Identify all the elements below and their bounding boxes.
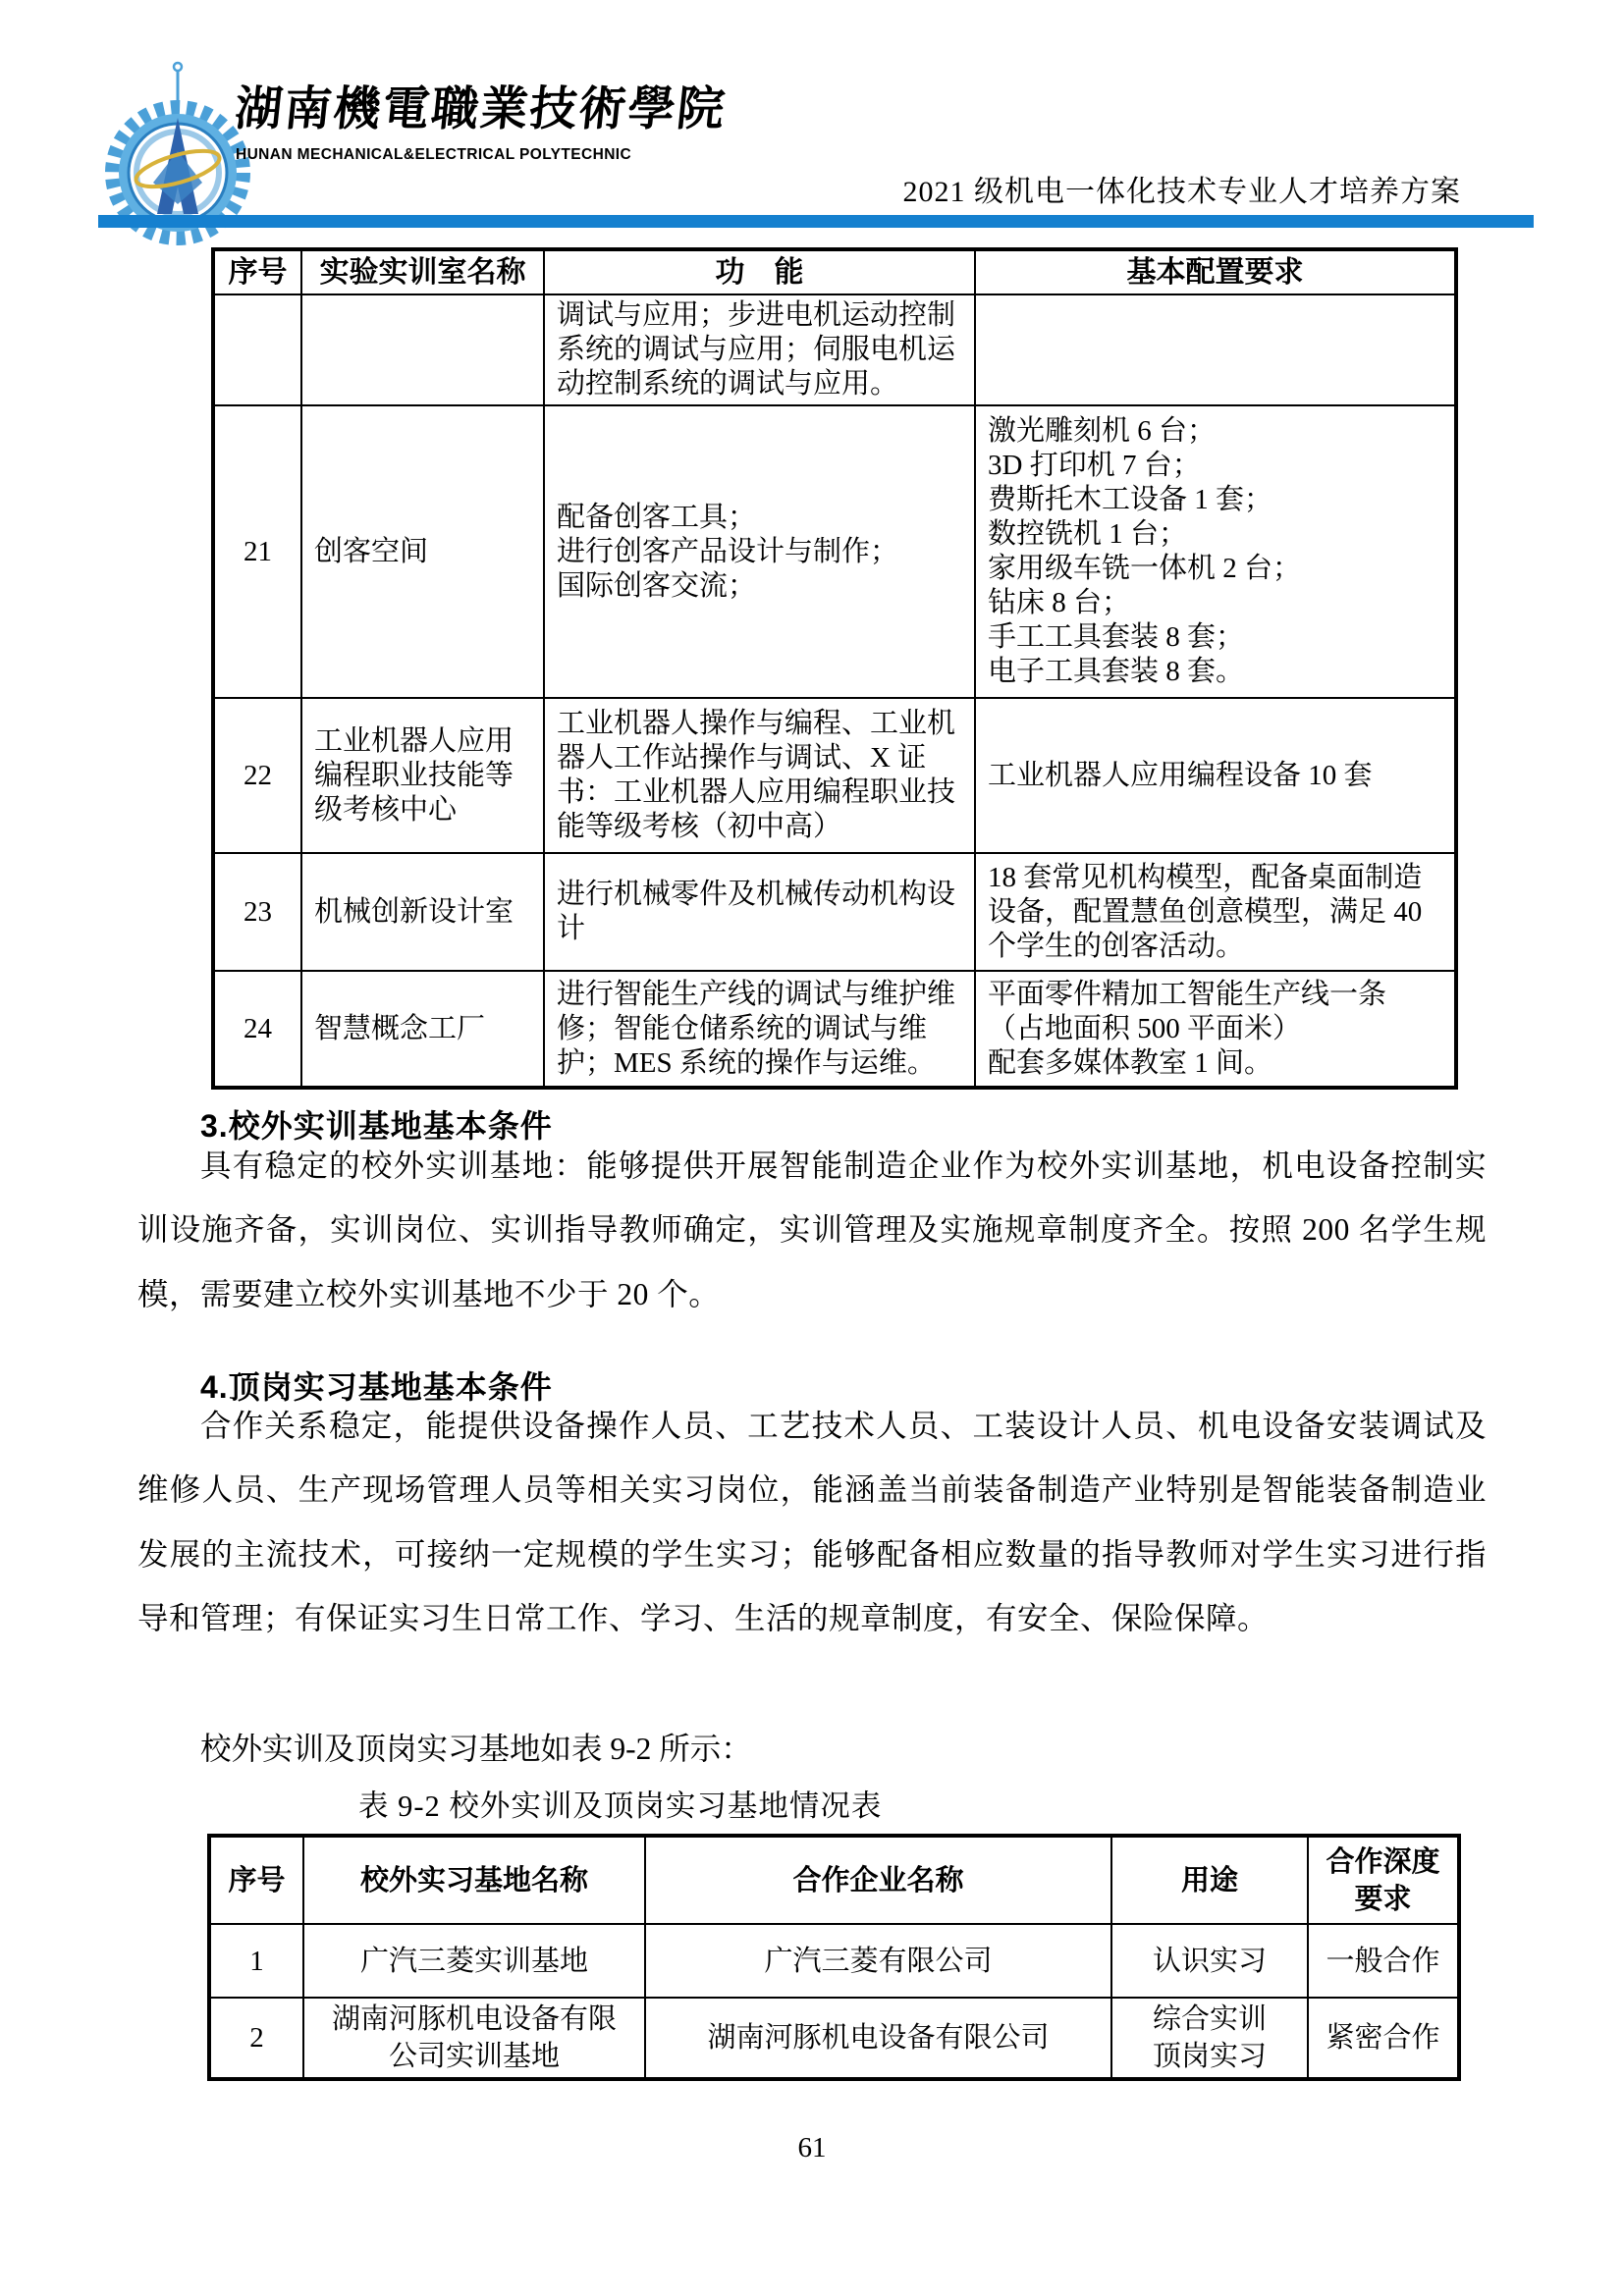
table-row: 23 机械创新设计室 进行机械零件及机械传动机构设计 18 套常见机构模型，配备… — [213, 853, 1456, 971]
cell-use: 认识实习 — [1111, 1924, 1308, 1998]
cell-config — [975, 294, 1456, 405]
table-row: 调试与应用；步进电机运动控制系统的调试与应用；伺服电机运动控制系统的调试与应用。 — [213, 294, 1456, 405]
cell-no: 1 — [209, 1924, 303, 1998]
cell-base-name: 广汽三菱实训基地 — [303, 1924, 645, 1998]
cell-base-name: 湖南河豚机电设备有限 公司实训基地 — [303, 1998, 645, 2079]
cell-no: 24 — [213, 971, 301, 1088]
col-header-use: 用途 — [1111, 1836, 1308, 1924]
col-header-depth: 合作深度 要求 — [1308, 1836, 1459, 1924]
cell-function: 工业机器人操作与编程、工业机器人工作站操作与调试、X 证书：工业机器人应用编程职… — [544, 698, 975, 853]
table-9-2-lead-in: 校外实训及顶岗实习基地如表 9-2 所示： — [137, 1725, 1487, 1769]
col-header-function: 功 能 — [544, 249, 975, 294]
cell-no: 23 — [213, 853, 301, 971]
cell-company: 广汽三菱有限公司 — [645, 1924, 1111, 1998]
cell-room-name — [301, 294, 544, 405]
cell-company: 湖南河豚机电设备有限公司 — [645, 1998, 1111, 2079]
cell-no — [213, 294, 301, 405]
table-9-2-caption: 表 9-2 校外实训及顶岗实习基地情况表 — [358, 1782, 882, 1825]
cell-use: 综合实训 顶岗实习 — [1111, 1998, 1308, 2079]
cell-function: 进行机械零件及机械传动机构设计 — [544, 853, 975, 971]
off-campus-base-table: 序号 校外实习基地名称 合作企业名称 用途 合作深度 要求 1 广汽三菱实训基地… — [207, 1834, 1461, 2081]
cell-function: 配备创客工具； 进行创客产品设计与制作； 国际创客交流； — [544, 405, 975, 698]
table-header-row: 序号 实验实训室名称 功 能 基本配置要求 — [213, 249, 1456, 294]
cell-function: 调试与应用；步进电机运动控制系统的调试与应用；伺服电机运动控制系统的调试与应用。 — [544, 294, 975, 405]
table-row: 24 智慧概念工厂 进行智能生产线的调试与维护维修；智能仓储系统的调试与维护；M… — [213, 971, 1456, 1088]
cell-depth: 紧密合作 — [1308, 1998, 1459, 2079]
table-row: 22 工业机器人应用编程职业技能等级考核中心 工业机器人操作与编程、工业机器人工… — [213, 698, 1456, 853]
school-name-english: HUNAN MECHANICAL&ELECTRICAL POLYTECHNIC — [236, 146, 727, 164]
col-header-no: 序号 — [213, 249, 301, 294]
cell-no: 22 — [213, 698, 301, 853]
col-header-base-name: 校外实习基地名称 — [303, 1836, 645, 1924]
col-header-room-name: 实验实训室名称 — [301, 249, 544, 294]
cell-no: 2 — [209, 1998, 303, 2079]
table-row: 1 广汽三菱实训基地 广汽三菱有限公司 认识实习 一般合作 — [209, 1924, 1459, 1998]
cell-room-name: 工业机器人应用编程职业技能等级考核中心 — [301, 698, 544, 853]
section-3-paragraph: 具有稳定的校外实训基地：能够提供开展智能制造企业作为校外实训基地，机电设备控制实… — [137, 1134, 1487, 1326]
col-header-config: 基本配置要求 — [975, 249, 1456, 294]
header-divider-bar — [98, 215, 1534, 228]
table-row: 2 湖南河豚机电设备有限 公司实训基地 湖南河豚机电设备有限公司 综合实训 顶岗… — [209, 1998, 1459, 2079]
cell-depth: 一般合作 — [1308, 1924, 1459, 1998]
col-header-company: 合作企业名称 — [645, 1836, 1111, 1924]
cell-config: 激光雕刻机 6 台； 3D 打印机 7 台； 费斯托木工设备 1 套； 数控铣机… — [975, 405, 1456, 698]
school-name-chinese: 湖南機電職業技術學院 — [232, 71, 730, 138]
school-name-block: 湖南機電職業技術學院 HUNAN MECHANICAL&ELECTRICAL P… — [236, 71, 727, 164]
cell-no: 21 — [213, 405, 301, 698]
document-title: 2021 级机电一体化技术专业人才培养方案 — [903, 167, 1462, 210]
cell-room-name: 智慧概念工厂 — [301, 971, 544, 1088]
table-header-row: 序号 校外实习基地名称 合作企业名称 用途 合作深度 要求 — [209, 1836, 1459, 1924]
cell-config: 18 套常见机构模型，配备桌面制造设备，配置慧鱼创意模型，满足 40 个学生的创… — [975, 853, 1456, 971]
col-header-no: 序号 — [209, 1836, 303, 1924]
cell-config: 工业机器人应用编程设备 10 套 — [975, 698, 1456, 853]
cell-room-name: 创客空间 — [301, 405, 544, 698]
cell-config: 平面零件精加工智能生产线一条 （占地面积 500 平面米） 配套多媒体教室 1 … — [975, 971, 1456, 1088]
document-page: 湖南機電職業技術學院 HUNAN MECHANICAL&ELECTRICAL P… — [0, 0, 1624, 2296]
section-4-paragraph: 合作关系稳定，能提供设备操作人员、工艺技术人员、工装设计人员、机电设备安装调试及… — [137, 1394, 1487, 1650]
lab-room-table: 序号 实验实训室名称 功 能 基本配置要求 调试与应用；步进电机运动控制系统的调… — [211, 247, 1458, 1090]
cell-function: 进行智能生产线的调试与维护维修；智能仓储系统的调试与维护；MES 系统的操作与运… — [544, 971, 975, 1088]
page-number: 61 — [0, 2132, 1624, 2164]
cell-room-name: 机械创新设计室 — [301, 853, 544, 971]
table-row: 21 创客空间 配备创客工具； 进行创客产品设计与制作； 国际创客交流； 激光雕… — [213, 405, 1456, 698]
